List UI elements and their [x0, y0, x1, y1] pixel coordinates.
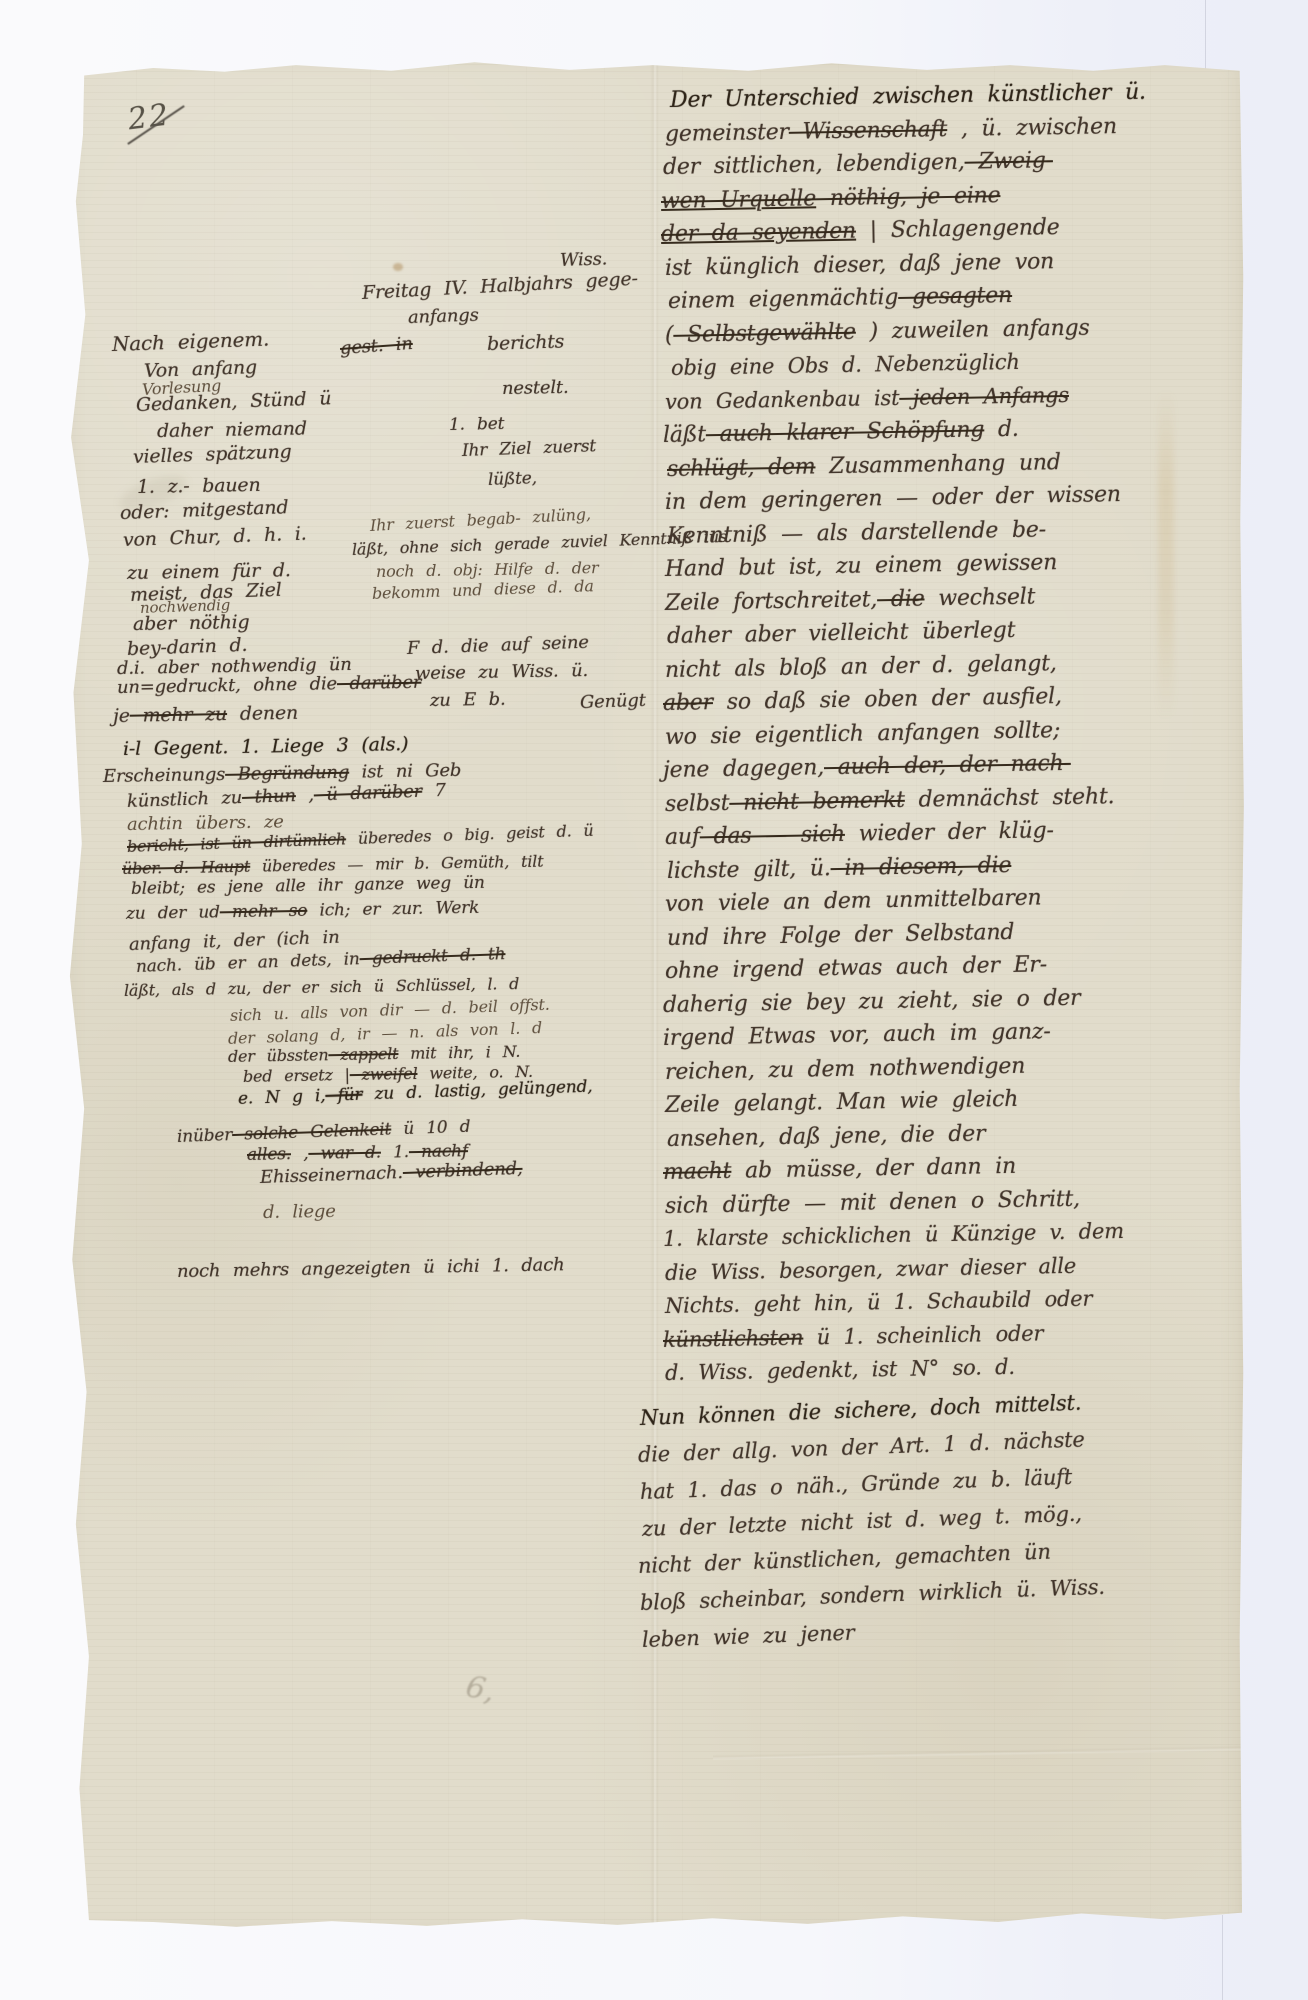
- hand-text: Zeile fortschreitet,: [665, 587, 878, 616]
- hand-line: aber nöthig: [133, 611, 250, 635]
- hand-text: denen: [227, 702, 298, 725]
- hand-line: noch mehrs angezeigten ü ichi 1. dach: [177, 1254, 565, 1282]
- hand-line: ansehen, daß jene, die der: [667, 1121, 986, 1152]
- hand-line: 1. klarste schicklichen ü Künzige v. dem: [663, 1219, 1124, 1251]
- hand-line: auf das — sich wieder der klüg-: [665, 818, 1054, 850]
- hand-line: gest. in: [339, 333, 413, 359]
- hand-line: vielles spätzung: [133, 440, 292, 468]
- hand-line: irgend Etwas vor, auch im ganz-: [663, 1019, 1051, 1051]
- hand-text: oder: mitgestand: [120, 496, 289, 524]
- struck-text: mehr so: [220, 901, 308, 923]
- hand-text: Nun können die sichere, doch mittelst.: [640, 1391, 1082, 1430]
- hand-text: bloß scheinbar, sondern wirklich ü. Wiss…: [640, 1575, 1106, 1615]
- hand-text: gemeinster: [665, 120, 789, 147]
- struck-text: die: [877, 586, 925, 612]
- hand-line: wen Urquelle nöthig, je eine: [661, 183, 1001, 214]
- hand-text: die Wiss. besorgen, zwar dieser alle: [665, 1254, 1076, 1285]
- struck-text: Wissenschaft: [789, 117, 948, 145]
- struck-text: aber: [663, 690, 713, 716]
- hand-line: daher aber vielleicht überlegt: [667, 618, 1016, 649]
- hand-text: 1. bet: [449, 414, 505, 435]
- hand-text: ü 10 d: [391, 1117, 471, 1140]
- hand-line: wo sie eigentlich anfangen sollte;: [665, 718, 1061, 750]
- hand-text: un=gedruckt, ohne die: [117, 673, 337, 698]
- hand-text: der übssten: [228, 1045, 329, 1066]
- pencil-ghost-mark: 6,: [463, 1669, 498, 1709]
- struck-text: das — sich: [700, 822, 846, 850]
- hand-text: 1.: [381, 1142, 409, 1162]
- manuscript-page: 22 Wiss.Freitag IV. Halbjahrs gege-anfan…: [58, 50, 1248, 1940]
- hand-line: in dem geringeren — oder der wissen: [665, 482, 1121, 515]
- center-fold-crease: [650, 50, 659, 1940]
- hand-text: zu der ud: [126, 902, 220, 924]
- hand-text: selbst: [665, 791, 730, 817]
- hand-line: oder: mitgestand: [120, 496, 289, 524]
- hand-line: obig eine Obs d. Nebenzüglich: [671, 350, 1020, 380]
- hand-line: zu der ud mehr so ich; er zur. Werk: [126, 898, 480, 924]
- hand-line: Nun können die sichere, doch mittelst.: [640, 1391, 1082, 1430]
- hand-text: Hand but ist, zu einem gewissen: [665, 550, 1058, 582]
- struck-text: nöthig, je eine: [816, 183, 1001, 211]
- hand-text: e. N g i,: [238, 1086, 326, 1109]
- hand-line: einem eigenmächtig gesagten: [668, 283, 1012, 314]
- hand-text: lüßte,: [488, 468, 538, 490]
- struck-text: schlügt, dem: [667, 454, 816, 482]
- hand-line: Nach eigenem.: [112, 327, 270, 356]
- hand-line: aber so daß sie oben der ausfiel,: [663, 684, 1062, 716]
- struck-text: gesagten: [898, 283, 1012, 310]
- hand-line: daherig sie bey zu zieht, sie o der: [663, 986, 1081, 1018]
- hand-text: Zusammenhang und: [815, 450, 1061, 479]
- hand-text: überedes — mir b. Gemüth, tilt: [250, 852, 544, 876]
- hand-line: 1. bet: [449, 414, 505, 435]
- hand-line: Zeile gelangt. Man wie gleich: [665, 1087, 1019, 1118]
- hand-line: Zeile fortschreitet, die wechselt: [665, 585, 1036, 616]
- hand-text: ) zuweilen anfangs: [856, 316, 1090, 345]
- hand-text: Zeile gelangt. Man wie gleich: [665, 1087, 1019, 1118]
- struck-text: Selbstgewählte: [673, 320, 856, 348]
- scanner-seam-bottom: [1222, 1915, 1223, 2000]
- hand-text: vielles spätzung: [133, 440, 292, 468]
- struck-text: auch klarer Schöpfung: [706, 417, 985, 447]
- hand-text: ü 1. scheinlich oder: [803, 1321, 1043, 1349]
- hand-line: lüßte,: [488, 468, 538, 490]
- ink-stain: [393, 263, 403, 271]
- hand-text: ab müsse, der dann in: [731, 1154, 1016, 1184]
- hand-line: von Chur, d. h. i.: [123, 523, 307, 551]
- hand-text: 1. z.- bauen: [137, 474, 261, 498]
- hand-text: ,: [295, 784, 314, 806]
- hand-text: d. liege: [263, 1201, 336, 1223]
- hand-text: Erscheinungs: [103, 764, 226, 787]
- hand-text: jene dagegen,: [663, 755, 824, 783]
- scanner-seam-top: [1205, 0, 1206, 72]
- hand-text: i-l Gegent. 1. Liege 3 (als.): [123, 733, 409, 760]
- hand-text: je: [113, 705, 130, 727]
- hand-line: hat 1. das o näh., Gründe zu b. läuft: [640, 1465, 1073, 1504]
- hand-line: i-l Gegent. 1. Liege 3 (als.): [123, 733, 409, 760]
- hand-line: bloß scheinbar, sondern wirklich ü. Wiss…: [640, 1575, 1106, 1615]
- hand-line: nicht der künstlichen, gemachten ün: [638, 1540, 1052, 1578]
- struck-text: solche Gelenkeit: [232, 1120, 392, 1146]
- hand-line: daher niemand: [157, 417, 307, 442]
- hand-text: bed ersetz |: [243, 1065, 350, 1086]
- struck-text: ü darüber: [313, 781, 422, 806]
- hand-text: Kenntniß — als darstellende be-: [667, 517, 1046, 549]
- hand-text: daherig sie bey zu zieht, sie o der: [663, 986, 1081, 1018]
- hand-text: daher aber vielleicht überlegt: [667, 618, 1016, 649]
- hand-text: F d. die auf seine: [407, 632, 589, 659]
- hand-text: leben wie zu jener: [642, 1621, 855, 1652]
- hand-line: schlügt, dem Zusammenhang und: [667, 450, 1061, 482]
- struck-text: thun: [242, 785, 296, 808]
- hand-text: zu E b.: [430, 689, 506, 711]
- hand-text: daher niemand: [157, 417, 307, 442]
- hand-line: reichen, zu dem nothwendigen: [665, 1054, 1026, 1085]
- hand-text: irgend Etwas vor, auch im ganz-: [663, 1019, 1051, 1051]
- hand-text: demnächst steht.: [905, 784, 1115, 813]
- hand-text: Wiss.: [560, 248, 608, 271]
- hand-text: anfangs: [408, 305, 479, 328]
- hand-line: Ihr Ziel zuerst: [462, 436, 597, 461]
- hand-line: jene dagegen, auch der, der nach-: [663, 751, 1071, 783]
- hand-line: die Wiss. besorgen, zwar dieser alle: [665, 1254, 1076, 1285]
- hand-text: zu der letzte nicht ist d. weg t. mög.,: [642, 1502, 1083, 1541]
- hand-line: Nichts. geht hin, ü 1. Schaubild oder: [665, 1287, 1093, 1318]
- hand-line: berichts: [487, 330, 565, 355]
- hand-text: 1. klarste schicklichen ü Künzige v. dem: [663, 1219, 1124, 1251]
- struck-text: macht: [663, 1159, 732, 1185]
- struck-text: war d.: [308, 1143, 381, 1164]
- hand-text: ,: [291, 1144, 309, 1164]
- hand-text: von Gedankenbau ist: [665, 386, 900, 414]
- hand-text: reichen, zu dem nothwendigen: [665, 1054, 1026, 1085]
- hand-text: und ihre Folge der Selbstand: [667, 920, 1015, 951]
- hand-text: überedes o big. geist d. ü: [346, 821, 594, 849]
- hand-line: die der allg. von der Art. 1 d. nächste: [638, 1427, 1085, 1467]
- hand-text: wieder der klüg-: [845, 818, 1054, 847]
- struck-text: darüber: [337, 672, 422, 694]
- hand-line: Kenntniß — als darstellende be-: [667, 517, 1046, 549]
- struck-text: über. d. Haupt: [122, 857, 250, 878]
- hand-text: ich; er zur. Werk: [307, 898, 479, 921]
- hand-line: gemeinster Wissenschaft , ü. zwischen: [665, 114, 1117, 147]
- hand-line: läßt auch klarer Schöpfung d.: [663, 417, 1019, 448]
- hand-text: künstlich zu: [127, 787, 243, 812]
- hand-line: der da seyenden | Schlagengende: [661, 215, 1060, 247]
- struck-text: wen Urquelle: [661, 186, 816, 214]
- hand-line: ist künglich dieser, daß jene von: [665, 249, 1055, 281]
- hand-text: weise zu Wiss. ü.: [415, 660, 588, 684]
- hand-line: Wiss.: [560, 248, 608, 271]
- hand-text: Freitag IV. Halbjahrs gege-: [361, 268, 638, 304]
- hand-line: je mehr zu denen: [113, 702, 298, 727]
- struck-text: Zweig-: [964, 148, 1053, 175]
- hand-line: ( Selbstgewählte ) zuweilen anfangs: [665, 316, 1090, 348]
- hand-text: die der allg. von der Art. 1 d. nächste: [638, 1427, 1085, 1467]
- hand-line: der sittlichen, lebendigen, Zweig-: [663, 148, 1053, 180]
- hand-text: einem eigenmächtig: [668, 285, 899, 314]
- hand-line: Freitag IV. Halbjahrs gege-: [361, 268, 638, 304]
- hand-text: Der Unterschied zwischen künstlicher ü.: [670, 80, 1146, 113]
- hand-text: nicht als bloß an der d. gelangt,: [665, 651, 1057, 683]
- hand-text: 7: [422, 780, 446, 802]
- struck-text: zappelt: [328, 1044, 398, 1064]
- hand-line: Ihr zuerst begab- zulüng,: [370, 504, 592, 535]
- struck-text: zweifel: [350, 1064, 418, 1084]
- hand-line: nicht als bloß an der d. gelangt,: [665, 651, 1057, 683]
- hand-line: weise zu Wiss. ü.: [415, 660, 588, 684]
- hand-line: anfangs: [408, 305, 479, 328]
- struck-text: nicht bemerkt: [729, 788, 905, 816]
- struck-text: gest. in: [339, 333, 413, 359]
- struck-text: für: [325, 1085, 363, 1106]
- hand-line: selbst nicht bemerkt demnächst steht.: [665, 784, 1115, 817]
- fox-stain-streak: [1158, 390, 1174, 720]
- hand-line: macht ab müsse, der dann in: [663, 1154, 1016, 1185]
- hand-line: F d. die auf seine: [407, 632, 589, 659]
- hand-text: obig eine Obs d. Nebenzüglich: [671, 350, 1020, 380]
- hand-line: nestelt.: [502, 377, 569, 399]
- hand-line: un=gedruckt, ohne die darüber: [117, 672, 422, 698]
- hand-text: ist künglich dieser, daß jene von: [665, 249, 1055, 281]
- hand-line: Hand but ist, zu einem gewissen: [665, 550, 1058, 582]
- hand-text: noch mehrs angezeigten ü ichi 1. dach: [177, 1254, 565, 1282]
- bottom-crease: [712, 1745, 1248, 1760]
- hand-text: sich dürfte — mit denen o Schritt,: [665, 1187, 1080, 1219]
- hand-line: zu der letzte nicht ist d. weg t. mög.,: [642, 1502, 1083, 1541]
- struck-text: gedruckt d. th: [359, 944, 505, 969]
- hand-line: d. liege: [263, 1201, 336, 1223]
- struck-text: jeden Anfangs: [899, 383, 1069, 410]
- hand-line: d. Wiss. gedenkt, ist N° so. d.: [665, 1355, 1015, 1385]
- hand-text: lichste gilt, ü.: [667, 856, 831, 884]
- hand-text: mit ihr, i N.: [398, 1042, 520, 1063]
- hand-line: leben wie zu jener: [642, 1621, 855, 1652]
- hand-text: , ü. zwischen: [947, 114, 1117, 142]
- hand-text: läßt, als d zu, der er sich ü Schlüssel,…: [124, 974, 519, 1000]
- hand-line: von viele an dem unmittelbaren: [665, 885, 1042, 917]
- hand-text: Ihr Ziel zuerst: [462, 436, 597, 461]
- hand-text: aber nöthig: [133, 611, 250, 635]
- struck-text: Begründung: [225, 762, 349, 785]
- hand-text: so daß sie oben der ausfiel,: [713, 684, 1062, 715]
- hand-line: 1. z.- bauen: [137, 474, 261, 498]
- hand-text: ohne irgend etwas auch der Er-: [665, 952, 1047, 984]
- hand-text: der sittlichen, lebendigen,: [663, 150, 965, 180]
- hand-text: d. Wiss. gedenkt, ist N° so. d.: [665, 1355, 1015, 1385]
- struck-text: alles.: [247, 1144, 291, 1165]
- hand-text: Nichts. geht hin, ü 1. Schaubild oder: [665, 1287, 1093, 1318]
- hand-line: und ihre Folge der Selbstand: [667, 920, 1015, 951]
- hand-text: von viele an dem unmittelbaren: [665, 885, 1042, 917]
- hand-line: läßt, als d zu, der er sich ü Schlüssel,…: [124, 974, 519, 1000]
- struck-text: der da seyenden: [661, 219, 856, 247]
- hand-text: Nach eigenem.: [112, 327, 270, 356]
- hand-line: sich dürfte — mit denen o Schritt,: [665, 1187, 1080, 1219]
- hand-text: von Chur, d. h. i.: [123, 523, 307, 551]
- struck-text: auch der, der nach-: [824, 751, 1071, 780]
- hand-text: Ihr zuerst begab- zulüng,: [370, 504, 592, 535]
- hand-line: zu E b.: [430, 689, 506, 711]
- hand-line: Der Unterschied zwischen künstlicher ü.: [670, 80, 1146, 113]
- hand-text: ansehen, daß jene, die der: [667, 1121, 986, 1152]
- hand-text: nicht der künstlichen, gemachten ün: [638, 1540, 1052, 1578]
- struck-text: in diesem, die: [830, 853, 1011, 881]
- hand-text: Ehisseinernach.: [260, 1162, 404, 1188]
- hand-text: d.: [984, 417, 1019, 443]
- struck-text: verbindend,: [402, 1158, 522, 1183]
- hand-text: berichts: [487, 330, 565, 355]
- hand-text: wo sie eigentlich anfangen sollte;: [665, 718, 1061, 750]
- hand-text: wechselt: [924, 585, 1035, 612]
- hand-line: von Gedankenbau ist jeden Anfangs: [665, 383, 1069, 414]
- hand-line: ohne irgend etwas auch der Er-: [665, 952, 1047, 984]
- hand-line: lichste gilt, ü. in diesem, die: [667, 853, 1012, 884]
- struck-text: mehr zu: [130, 703, 228, 727]
- hand-text: | Schlagengende: [856, 215, 1060, 244]
- hand-text: hat 1. das o näh., Gründe zu b. läuft: [640, 1465, 1073, 1504]
- scan-background: 22 Wiss.Freitag IV. Halbjahrs gege-anfan…: [0, 0, 1308, 2000]
- hand-text: läßt: [663, 422, 706, 448]
- hand-text: Genügt: [580, 690, 646, 713]
- hand-text: in dem geringeren — oder der wissen: [665, 482, 1121, 515]
- hand-text: inüber: [177, 1125, 233, 1147]
- hand-text: nestelt.: [502, 377, 569, 399]
- hand-line: künstlichsten ü 1. scheinlich oder: [663, 1321, 1044, 1352]
- hand-text: auf: [665, 824, 700, 850]
- hand-line: Genügt: [580, 690, 646, 713]
- struck-text: künstlichsten: [663, 1326, 804, 1352]
